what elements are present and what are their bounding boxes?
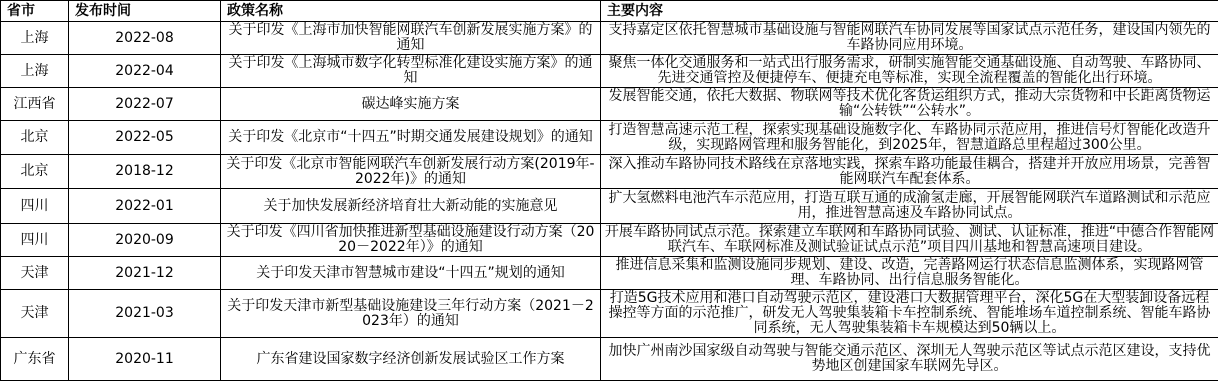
cell-policy: 关于印发《北京市“十四五”时期交通发展建设规划》的通知 <box>221 121 601 155</box>
cell-policy: 关于印发《四川省加快推进新型基础设施建设行动方案（2020－2022年）》的通知 <box>221 224 601 257</box>
cell-content: 深入推动车路协同技术路线在京落地实践，探索车路功能最佳耦合，搭建并开放应用场景，… <box>601 155 1218 189</box>
cell-policy: 关于印发《上海城市数字化转型标准化建设实施方案》的通知 <box>221 55 601 88</box>
cell-policy: 关于印发《上海市加快智能网联汽车创新发展实施方案》的通知 <box>221 22 601 55</box>
table-row: 天津 2021-03 关于印发天津市新型基础设施建设三年行动方案（2021－20… <box>1 290 1218 338</box>
header-policy: 政策名称 <box>221 1 601 22</box>
cell-date: 2018-12 <box>69 155 221 189</box>
cell-date: 2021-03 <box>69 290 221 338</box>
cell-date: 2022-04 <box>69 55 221 88</box>
cell-province: 广东省 <box>1 338 69 381</box>
cell-province: 四川 <box>1 224 69 257</box>
table-row: 上海 2022-08 关于印发《上海市加快智能网联汽车创新发展实施方案》的通知 … <box>1 22 1218 55</box>
cell-content: 发展智能交通，依托大数据、物联网等技术优化客货运组织方式，推动大宗货物和中长距离… <box>601 88 1218 121</box>
cell-policy: 关于加快发展新经济培育壮大新动能的实施意见 <box>221 189 601 224</box>
cell-date: 2022-05 <box>69 121 221 155</box>
cell-content: 扩大氢燃料电池汽车示范应用，打造互联互通的成渝氢走廊，开展智能网联汽车道路测试和… <box>601 189 1218 224</box>
header-row: 省市 发布时间 政策名称 主要内容 <box>1 1 1218 22</box>
table-row: 北京 2018-12 关于印发《北京市智能网联汽车创新发展行动方案(2019年-… <box>1 155 1218 189</box>
header-date: 发布时间 <box>69 1 221 22</box>
policy-table: 省市 发布时间 政策名称 主要内容 上海 2022-08 关于印发《上海市加快智… <box>0 0 1218 381</box>
header-content: 主要内容 <box>601 1 1218 22</box>
table-row: 江西省 2022-07 碳达峰实施方案 发展智能交通，依托大数据、物联网等技术优… <box>1 88 1218 121</box>
cell-province: 上海 <box>1 55 69 88</box>
cell-date: 2020-11 <box>69 338 221 381</box>
cell-policy: 关于印发天津市智慧城市建设“十四五”规划的通知 <box>221 257 601 290</box>
cell-policy: 关于印发天津市新型基础设施建设三年行动方案（2021－2023年）的通知 <box>221 290 601 338</box>
cell-province: 四川 <box>1 189 69 224</box>
cell-date: 2021-12 <box>69 257 221 290</box>
cell-date: 2022-01 <box>69 189 221 224</box>
table-row: 上海 2022-04 关于印发《上海城市数字化转型标准化建设实施方案》的通知 聚… <box>1 55 1218 88</box>
cell-province: 北京 <box>1 121 69 155</box>
cell-province: 江西省 <box>1 88 69 121</box>
cell-content: 支持嘉定区依托智慧城市基础设施与智能网联汽车协同发展等国家试点示范任务，建设国内… <box>601 22 1218 55</box>
cell-province: 天津 <box>1 290 69 338</box>
header-province: 省市 <box>1 1 69 22</box>
cell-content: 开展车路协同试点示范。探索建立车联网和车路协同试验、测试、认证标准，推进“中德合… <box>601 224 1218 257</box>
cell-content: 打造智慧高速示范工程，探索实现基础设施数字化、车路协同示范应用，推进信号灯智能化… <box>601 121 1218 155</box>
policy-table-container: 省市 发布时间 政策名称 主要内容 上海 2022-08 关于印发《上海市加快智… <box>0 0 1218 381</box>
table-row: 广东省 2020-11 广东省建设国家数字经济创新发展试验区工作方案 加快广州南… <box>1 338 1218 381</box>
cell-content: 聚焦一体化交通服务和一站式出行服务需求，研制实施智能交通基础设施、自动驾驶、车路… <box>601 55 1218 88</box>
cell-date: 2020-09 <box>69 224 221 257</box>
table-row: 北京 2022-05 关于印发《北京市“十四五”时期交通发展建设规划》的通知 打… <box>1 121 1218 155</box>
cell-content: 加快广州南沙国家级自动驾驶与智能交通示范区、深圳无人驾驶示范区等试点示范区建设，… <box>601 338 1218 381</box>
cell-province: 天津 <box>1 257 69 290</box>
cell-date: 2022-07 <box>69 88 221 121</box>
table-row: 天津 2021-12 关于印发天津市智慧城市建设“十四五”规划的通知 推进信息采… <box>1 257 1218 290</box>
cell-policy: 广东省建设国家数字经济创新发展试验区工作方案 <box>221 338 601 381</box>
table-row: 四川 2022-01 关于加快发展新经济培育壮大新动能的实施意见 扩大氢燃料电池… <box>1 189 1218 224</box>
cell-province: 北京 <box>1 155 69 189</box>
cell-date: 2022-08 <box>69 22 221 55</box>
cell-content: 打造5G技术应用和港口自动驾驶示范区，建设港口大数据管理平台，深化5G在大型装卸… <box>601 290 1218 338</box>
cell-policy: 关于印发《北京市智能网联汽车创新发展行动方案(2019年-2022年)》的通知 <box>221 155 601 189</box>
cell-content: 推进信息采集和监测设施同步规划、建设、改造，完善路网运行状态信息监测体系，实现路… <box>601 257 1218 290</box>
cell-province: 上海 <box>1 22 69 55</box>
cell-policy: 碳达峰实施方案 <box>221 88 601 121</box>
table-row: 四川 2020-09 关于印发《四川省加快推进新型基础设施建设行动方案（2020… <box>1 224 1218 257</box>
